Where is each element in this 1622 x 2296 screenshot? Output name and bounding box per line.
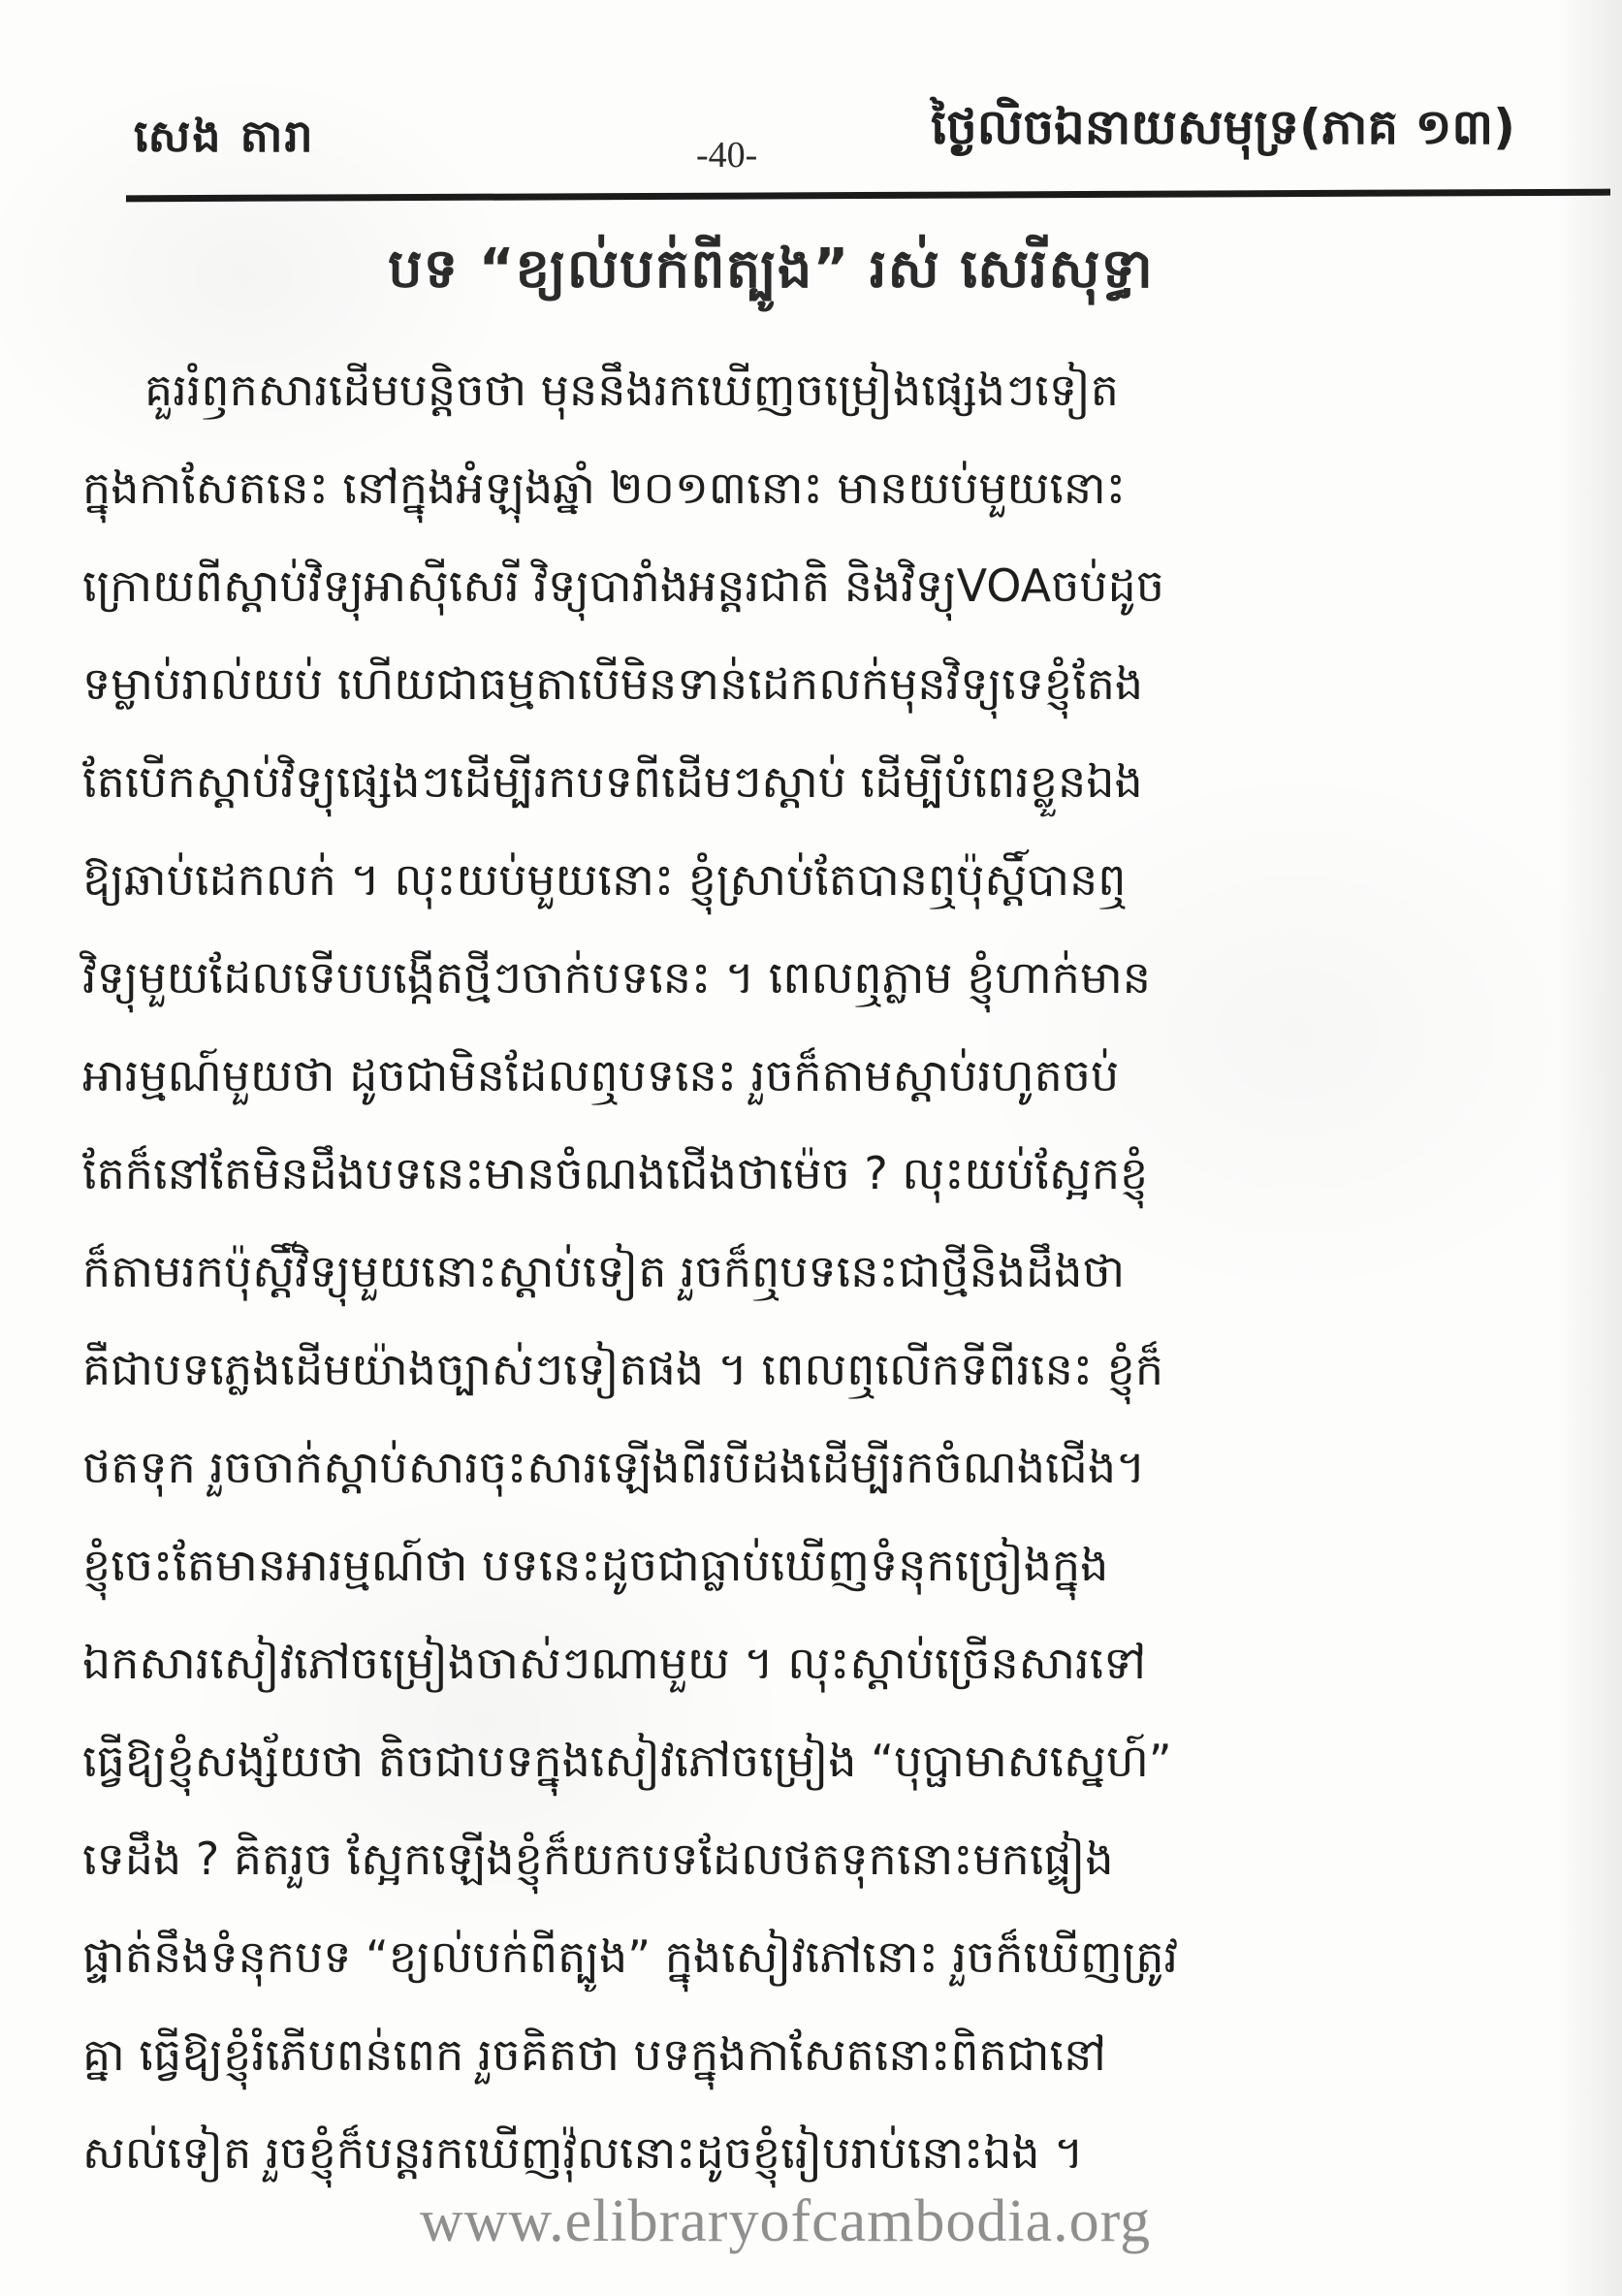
body-line: តែបើកស្តាប់វិទ្យុផ្សេងៗដើម្បីរកបទពីដើមៗស… (82, 733, 1548, 831)
page-number: -40- (696, 134, 757, 176)
body-line: គឺជាបទភ្លេងដើមយ៉ាងច្បាស់ៗទៀតផង ។ ពេលឮលើក… (82, 1321, 1548, 1419)
body-line: ទេដឹង ? គិតរួច ស្អែកឡើងខ្ញុំក៏យកបទដែលថតទ… (82, 1810, 1548, 1908)
body-line: ក៏តាមរកប៉ុស្តិ៍វិទ្យុមួយនោះស្តាប់ទៀត រួច… (82, 1223, 1548, 1321)
body-line: គួររំឭកសារដើមបន្តិចថា មុននឹងរកឃើញចម្រៀងផ… (82, 341, 1548, 439)
article-title: បទ “ខ្យល់បក់ពីត្បូង” រស់ សេរីសុទ្ធា (82, 235, 1459, 314)
watermark-url-text: www.elibraryofcambodia.org (0, 2187, 1571, 2256)
body-line: តែក៏នៅតែមិនដឹងបទនេះមានចំណងជើងថាម៉េច ? លុ… (82, 1125, 1548, 1223)
scanned-book-page: សេង តារា -40- ថ្ងៃលិចឯនាយសមុទ្រ(ភាគ ១៣) … (0, 0, 1622, 2296)
body-line: ធ្វើឱ្យខ្ញុំសង្ស័យថា តិចជាបទក្នុងសៀវភៅចម… (82, 1712, 1548, 1810)
body-line: ឱ្យឆាប់ដេកលក់ ។ លុះយប់មួយនោះ ខ្ញុំស្រាប់… (82, 831, 1548, 929)
article-body: គួររំឭកសារដើមបន្តិចថា មុននឹងរកឃើញចម្រៀងផ… (82, 341, 1548, 2202)
body-line: ថតទុក រួចចាក់ស្តាប់សារចុះសារឡើងពីរបីដងដើ… (82, 1419, 1548, 1516)
body-line: ផ្ទាត់នឹងទំនុកបទ “ខ្យល់បក់ពីត្បូង” ក្នុង… (82, 1908, 1548, 2006)
body-line: ក្នុងកាសែតនេះ នៅក្នុងអំឡុងឆ្នាំ ២០១៣នោះ … (82, 439, 1548, 537)
header-book-title: ថ្ងៃលិចឯនាយសមុទ្រ(ភាគ ១៣) (931, 97, 1515, 168)
body-line: វិទ្យុមួយដែលទើបបង្កើតថ្មីៗចាក់បទនេះ ។ ពេ… (82, 929, 1548, 1027)
body-line: អារម្មណ៍មួយថា ដូចជាមិនដែលឮបទនេះ រួចក៏តាម… (82, 1027, 1548, 1125)
body-line: ទម្លាប់រាល់យប់ ហើយជាធម្មតាបើមិនទាន់ដេកលក… (82, 635, 1548, 733)
body-line: គ្នា ធ្វើឱ្យខ្ញុំរំភើបពន់ពេក រួចគិតថា បទ… (82, 2006, 1548, 2104)
header-author-name: សេង តារា (134, 109, 315, 174)
body-line: ឯកសារសៀវភៅចម្រៀងចាស់ៗណាមួយ ។ លុះស្តាប់ច្… (82, 1614, 1548, 1712)
header-divider-rule (126, 189, 1610, 203)
body-line: ខ្ញុំចេះតែមានអារម្មណ៍ថា បទនេះដូចជាធ្លាប់… (82, 1516, 1548, 1614)
body-line: ក្រោយពីស្តាប់វិទ្យុអាស៊ីសេរី វិទ្យុបារាំ… (82, 537, 1548, 635)
